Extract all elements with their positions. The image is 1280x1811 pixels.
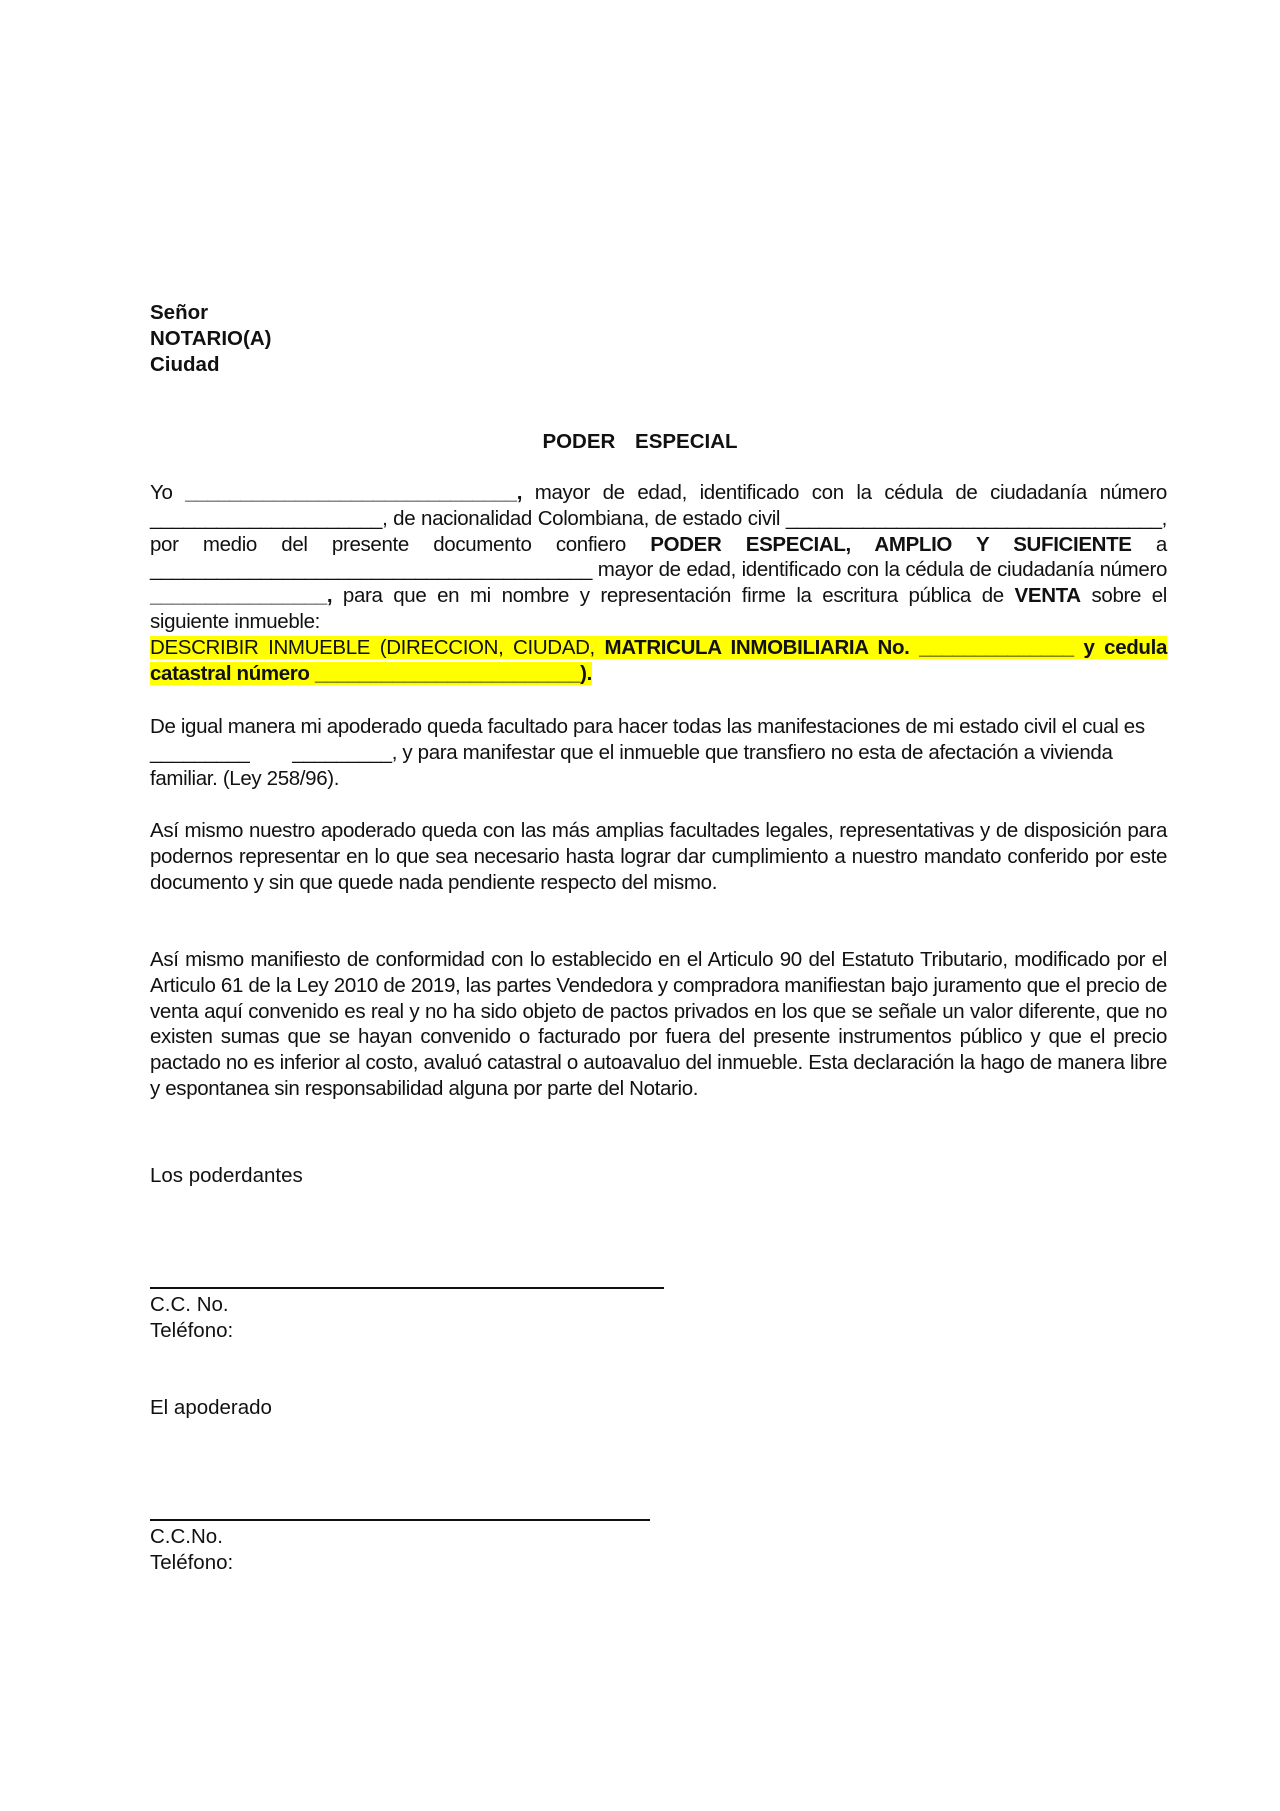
grantor-phone: Teléfono: <box>150 1318 233 1344</box>
blank-civil-1: _________ <box>150 741 249 764</box>
text: De igual manera mi apoderado queda facul… <box>150 715 1145 738</box>
text: mayor de edad, identificado con la cédul… <box>592 558 1167 581</box>
addressee-city: Ciudad <box>150 352 1167 378</box>
grantor-signature-line <box>150 1287 664 1289</box>
text-yo: Yo <box>150 481 173 504</box>
blank-agent-name: ________________________________________ <box>150 558 592 581</box>
bold-power: PODER ESPECIAL, AMPLIO Y SUFICIENTE <box>650 533 1131 556</box>
bold-sale: VENTA <box>1015 584 1081 607</box>
blank-civil-status: __________________________________ <box>786 507 1162 530</box>
highlight-property: DESCRIBIR INMUEBLE (DIRECCION, CIUDAD, M… <box>150 636 1167 685</box>
text: , de nacionalidad Colombiana, de estado … <box>382 507 786 530</box>
addressee-notary: NOTARIO(A) <box>150 326 1167 352</box>
blank-grantor-name: ______________________________, <box>185 481 522 504</box>
text: mayor de edad, identificado con la cédul… <box>522 481 1167 504</box>
addressee-salutation: Señor <box>150 300 1167 326</box>
agent-phone: Teléfono: <box>150 1550 233 1576</box>
agent-signature-line <box>150 1519 650 1521</box>
agent-label: El apoderado <box>150 1396 272 1420</box>
paragraph-tax-declaration: Así mismo manifiesto de conformidad con … <box>150 947 1167 1102</box>
document-title: PODER ESPECIAL <box>0 430 1280 454</box>
grantors-label: Los poderdantes <box>150 1164 303 1188</box>
blank-civil-2: _________ <box>292 741 391 764</box>
text: para que en mi nombre y representación f… <box>332 584 1014 607</box>
agent-cc: C.C.No. <box>150 1524 223 1550</box>
addressee: Señor NOTARIO(A) Ciudad <box>150 300 1167 378</box>
paragraph-faculties: Así mismo nuestro apoderado queda con la… <box>150 818 1167 895</box>
text: a <box>1132 533 1167 556</box>
blank-agent-cc: ________________, <box>150 584 332 607</box>
grantor-cc: C.C. No. <box>150 1292 229 1318</box>
document-page: Señor NOTARIO(A) Ciudad PODER ESPECIAL Y… <box>0 0 1280 1811</box>
paragraph-grant: Yo ______________________________, mayor… <box>150 480 1167 686</box>
gap <box>249 741 292 764</box>
paragraph-civil-status: De igual manera mi apoderado queda facul… <box>150 714 1167 791</box>
blank-grantor-cc: _____________________ <box>150 507 382 530</box>
property-description: DESCRIBIR INMUEBLE (DIRECCION, CIUDAD, <box>150 636 605 659</box>
